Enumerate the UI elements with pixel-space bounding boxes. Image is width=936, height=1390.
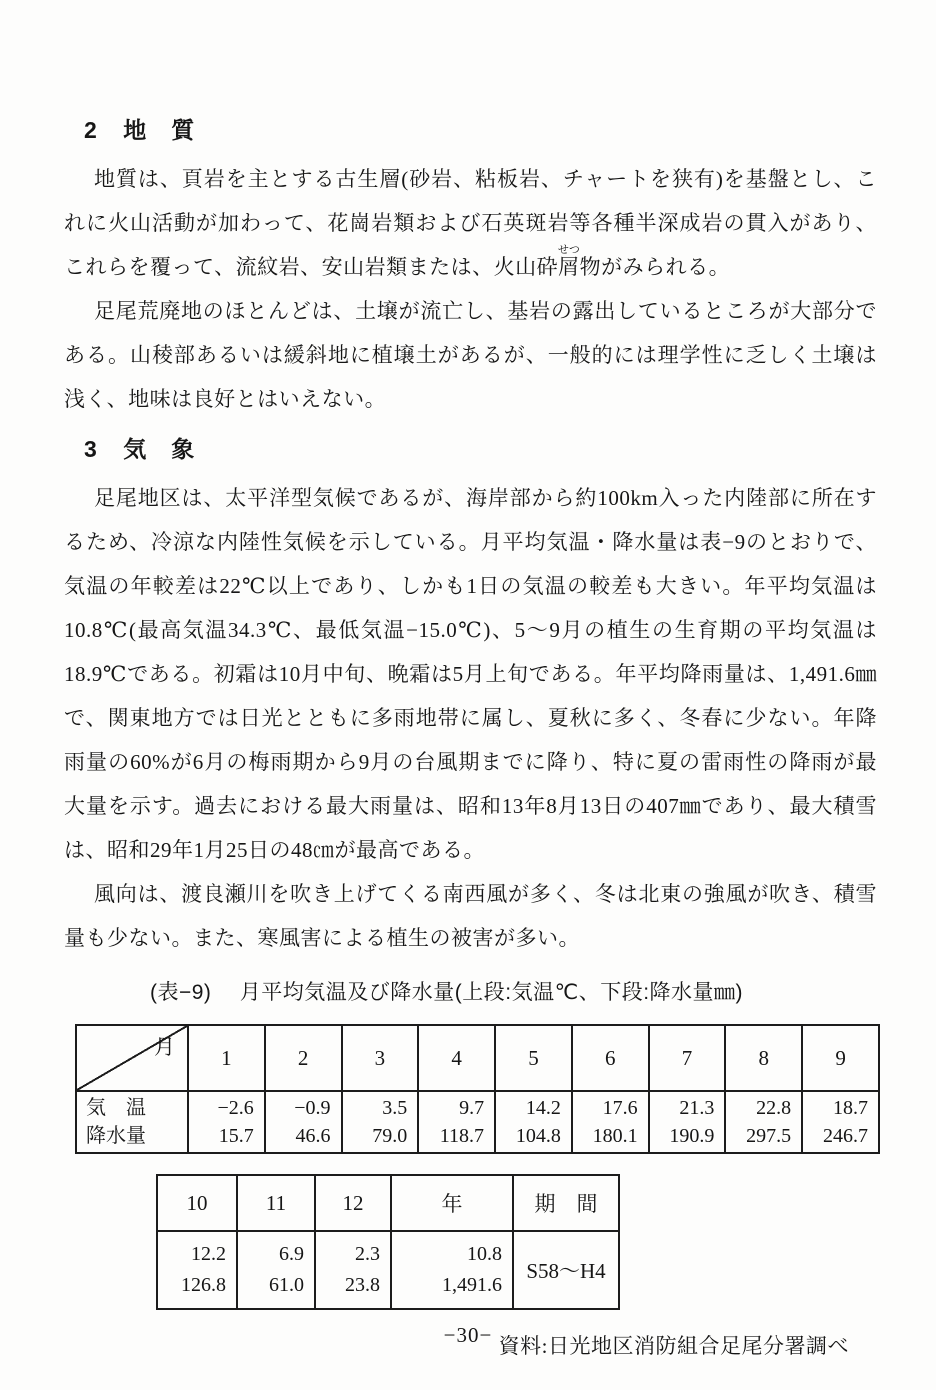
- month-header: 4: [418, 1025, 495, 1091]
- data-cell: −0.946.6: [265, 1091, 342, 1153]
- month-header: 6: [572, 1025, 649, 1091]
- data-cell: 2.323.8: [315, 1231, 391, 1309]
- geology-paragraph-2: 足尾荒廃地のほとんどは、土壌が流亡し、基岩の露出しているところが大部分である。山…: [64, 289, 877, 421]
- climate-table-jan-sep: 月 1 2 3 4 5 6 7 8 9 気 温 降水量 −2.615.7 −0.…: [75, 1024, 880, 1154]
- month-header: 9: [802, 1025, 879, 1091]
- data-cell: 14.2104.8: [495, 1091, 572, 1153]
- precipitation-value: 104.8: [498, 1122, 561, 1150]
- weather-paragraph-1: 足尾地区は、太平洋型気候であるが、海岸部から約100km入った内陸部に所在するた…: [64, 476, 877, 872]
- temperature-value: 10.8: [394, 1239, 502, 1270]
- geology-paragraph-1: 地質は、頁岩を主とする古生層(砂岩、粘板岩、チャートを狭有)を基盤とし、これに火…: [64, 157, 877, 289]
- month-header: 5: [495, 1025, 572, 1091]
- year-header: 年: [391, 1175, 513, 1231]
- table-caption: (表−9) 月平均気温及び降水量(上段:気温℃、下段:降水量㎜): [150, 976, 877, 1006]
- temperature-value: 18.7: [805, 1094, 868, 1122]
- month-header: 7: [649, 1025, 726, 1091]
- data-cell: 12.2126.8: [157, 1231, 237, 1309]
- section-number: 2: [84, 117, 98, 143]
- month-header: 8: [725, 1025, 802, 1091]
- temperature-value: 9.7: [421, 1094, 484, 1122]
- ruby-text: せつ: [558, 244, 580, 256]
- page-number: −30−: [0, 1323, 936, 1348]
- table-data-row: 気 温 降水量 −2.615.7 −0.946.6 3.579.0 9.7118…: [76, 1091, 879, 1153]
- temperature-value: 6.9: [240, 1239, 304, 1270]
- temperature-value: 2.3: [318, 1239, 380, 1270]
- precipitation-value: 118.7: [421, 1122, 484, 1150]
- precipitation-value: 15.7: [191, 1122, 254, 1150]
- table-caption-title: 月平均気温及び降水量(上段:気温℃、下段:降水量㎜): [240, 981, 743, 1004]
- weather-paragraph-2: 風向は、渡良瀬川を吹き上げてくる南西風が多く、冬は北東の強風が吹き、積雪量も少な…: [64, 872, 877, 960]
- precipitation-value: 23.8: [318, 1270, 380, 1301]
- temperature-value: −2.6: [191, 1094, 254, 1122]
- month-header: 3: [342, 1025, 419, 1091]
- section-heading-geology: 2 地 質: [84, 112, 877, 145]
- month-header: 2: [265, 1025, 342, 1091]
- precipitation-value: 126.8: [160, 1270, 226, 1301]
- table-header-row: 月 1 2 3 4 5 6 7 8 9: [76, 1025, 879, 1091]
- month-header: 10: [157, 1175, 237, 1231]
- temperature-value: 21.3: [652, 1094, 715, 1122]
- period-value-cell: S58〜H4: [513, 1231, 619, 1309]
- table-caption-label: (表−9): [150, 981, 211, 1004]
- climate-table-oct-dec: 10 11 12 年 期 間 12.2126.8 6.961.0 2.323.8…: [156, 1174, 620, 1310]
- precipitation-value: 246.7: [805, 1122, 868, 1150]
- table-header-row: 10 11 12 年 期 間: [157, 1175, 619, 1231]
- year-data-cell: 10.81,491.6: [391, 1231, 513, 1309]
- precipitation-value: 79.0: [345, 1122, 408, 1150]
- row-label-cell: 気 温 降水量: [76, 1091, 188, 1153]
- data-cell: 17.6180.1: [572, 1091, 649, 1153]
- data-cell: 21.3190.9: [649, 1091, 726, 1153]
- temperature-value: 14.2: [498, 1094, 561, 1122]
- table-corner-cell: 月: [76, 1025, 188, 1091]
- data-cell: 6.961.0: [237, 1231, 315, 1309]
- precipitation-value: 1,491.6: [394, 1270, 502, 1301]
- temperature-value: 22.8: [728, 1094, 791, 1122]
- period-header: 期 間: [513, 1175, 619, 1231]
- corner-month-label: 月: [154, 1031, 175, 1061]
- paragraph-text: 物がみられる。: [580, 255, 731, 279]
- row-label-precipitation: 降水量: [86, 1122, 181, 1150]
- section-heading-weather: 3 気 象: [84, 431, 877, 464]
- temperature-value: 17.6: [575, 1094, 638, 1122]
- precipitation-value: 46.6: [268, 1122, 331, 1150]
- data-cell: 22.8297.5: [725, 1091, 802, 1153]
- temperature-value: 12.2: [160, 1239, 226, 1270]
- precipitation-value: 297.5: [728, 1122, 791, 1150]
- temperature-value: −0.9: [268, 1094, 331, 1122]
- paragraph-text: 地質は、頁岩を主とする古生層(砂岩、粘板岩、チャートを狭有)を基盤とし、これに火…: [64, 167, 877, 279]
- section-number: 3: [84, 436, 98, 462]
- month-header: 12: [315, 1175, 391, 1231]
- precipitation-value: 180.1: [575, 1122, 638, 1150]
- month-header: 1: [188, 1025, 265, 1091]
- ruby-annotation: 屑せつ: [558, 255, 580, 279]
- table-data-row: 12.2126.8 6.961.0 2.323.8 10.81,491.6 S5…: [157, 1231, 619, 1309]
- document-page: 2 地 質 地質は、頁岩を主とする古生層(砂岩、粘板岩、チャートを狭有)を基盤と…: [0, 0, 936, 1390]
- section-title: 気 象: [123, 436, 195, 462]
- section-title: 地 質: [123, 117, 195, 143]
- page-content: 2 地 質 地質は、頁岩を主とする古生層(砂岩、粘板岩、チャートを狭有)を基盤と…: [0, 0, 936, 1360]
- row-label-temperature: 気 温: [86, 1094, 181, 1122]
- month-header: 11: [237, 1175, 315, 1231]
- precipitation-value: 190.9: [652, 1122, 715, 1150]
- data-cell: 18.7246.7: [802, 1091, 879, 1153]
- data-cell: −2.615.7: [188, 1091, 265, 1153]
- data-cell: 3.579.0: [342, 1091, 419, 1153]
- precipitation-value: 61.0: [240, 1270, 304, 1301]
- ruby-base: 屑: [558, 255, 580, 279]
- data-cell: 9.7118.7: [418, 1091, 495, 1153]
- temperature-value: 3.5: [345, 1094, 408, 1122]
